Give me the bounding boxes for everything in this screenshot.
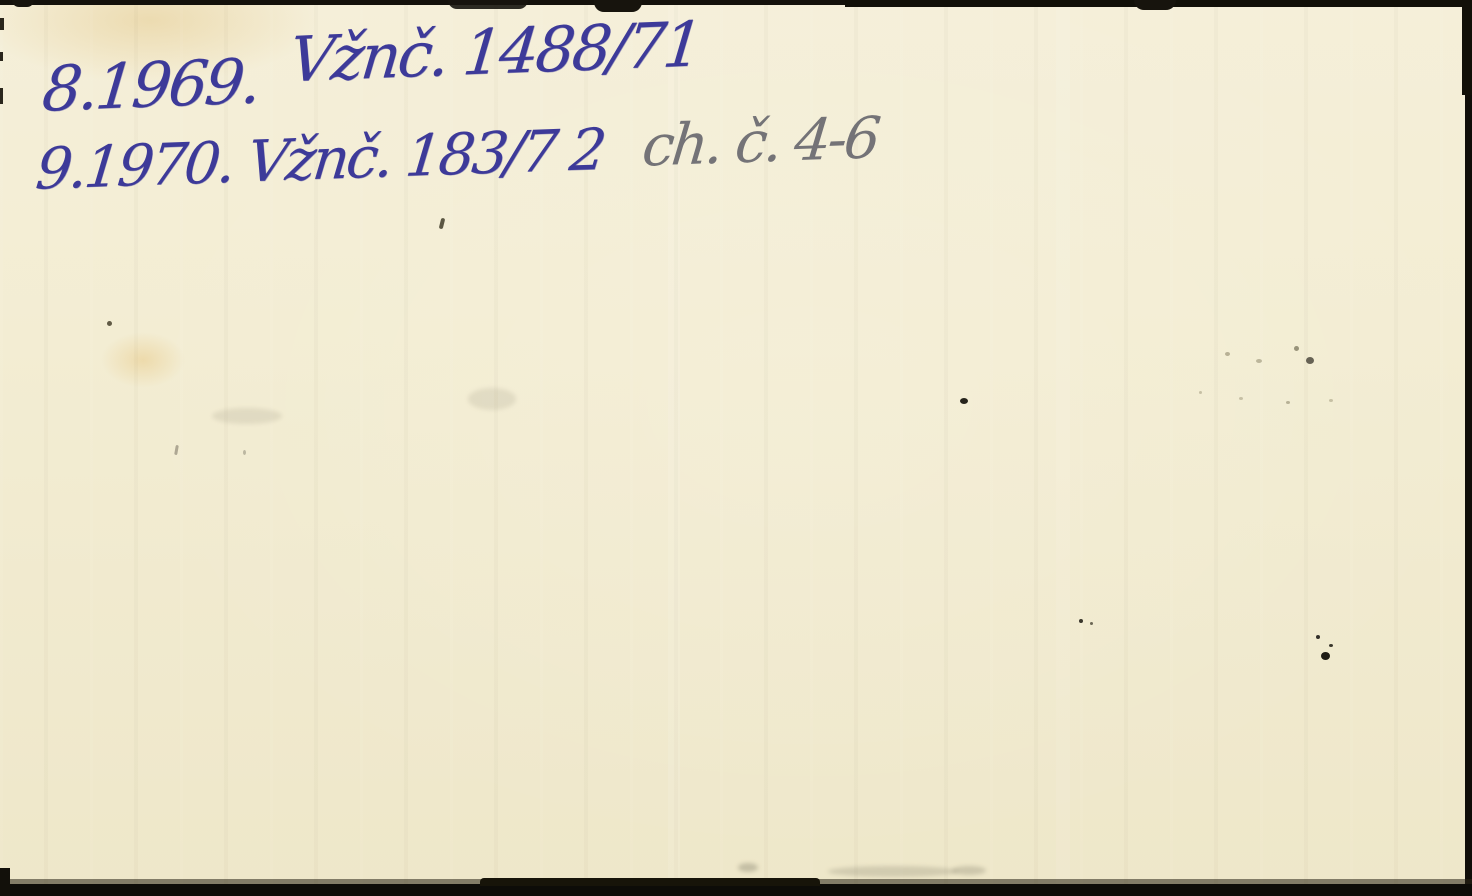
pencil-mark: [243, 450, 246, 455]
ink-speck: [1329, 644, 1333, 647]
scan-edge-blot: [1134, 0, 1176, 10]
scan-edge-speck: [0, 18, 4, 30]
ghost-mark: [1294, 346, 1299, 351]
ink-speck: [1090, 622, 1093, 625]
pencil-smudge: [828, 866, 958, 877]
ghost-mark: [1225, 352, 1230, 356]
ink-speck: [107, 321, 112, 326]
ink-speck: [1316, 635, 1320, 639]
scan-streak: [1056, 0, 1070, 896]
ghost-mark: [1199, 391, 1202, 394]
scan-edge-bottom-blot: [480, 878, 820, 886]
ghost-mark: [1306, 357, 1314, 364]
pencil-smudge: [952, 866, 986, 875]
pencil-smudge: [468, 388, 516, 410]
ink-blot: [1321, 652, 1330, 660]
ink-speck: [960, 398, 968, 404]
scan-edge-blot: [594, 0, 642, 12]
scan-edge-blot: [12, 0, 34, 7]
ink-speck: [1079, 619, 1083, 623]
handwriting-pencil-note: ch. č. 4-6: [639, 105, 881, 179]
scan-edge-speck: [0, 88, 3, 104]
scan-edge-right-top: [1462, 0, 1472, 95]
scanned-archival-card: 8.1969. Vžnč. 1488/71 9.1970. Vžnč. 183/…: [0, 0, 1472, 896]
ghost-mark: [1256, 359, 1262, 363]
handwritten-line-1: 8.1969. Vžnč. 1488/71: [41, 11, 702, 109]
ink-speck: [439, 218, 446, 230]
handwriting-date-entry-2: 9.1970. Vžnč. 183/7 2: [33, 117, 607, 203]
scan-edge-bottom-left: [0, 868, 10, 896]
ghost-mark: [1286, 401, 1290, 404]
scan-edge-blot: [448, 0, 528, 9]
handwriting-date-entry-1: 8.1969.: [39, 44, 262, 126]
card-paper: 8.1969. Vžnč. 1488/71 9.1970. Vžnč. 183/…: [0, 0, 1472, 896]
pencil-smudge: [738, 863, 758, 872]
pencil-smudge: [212, 408, 282, 424]
scan-edge-right: [1465, 0, 1472, 896]
pencil-mark: [174, 445, 179, 455]
scan-edge-speck: [0, 52, 3, 61]
handwriting-reference-1: Vžnč. 1488/71: [287, 7, 704, 96]
ghost-mark: [1329, 399, 1333, 402]
ghost-mark: [1239, 397, 1243, 400]
handwritten-line-2: 9.1970. Vžnč. 183/7 2 ch. č. 4-6: [35, 107, 878, 202]
